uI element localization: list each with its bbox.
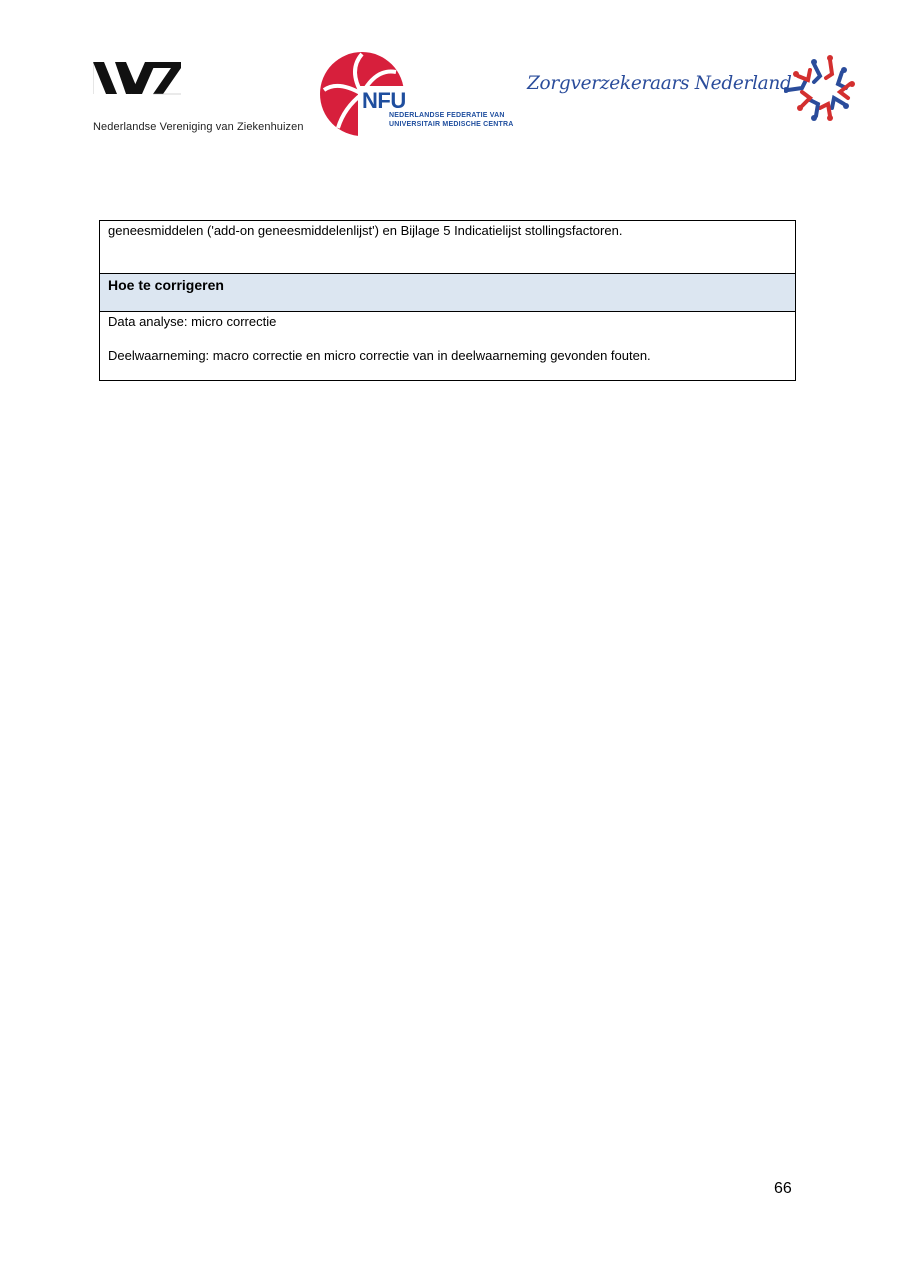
zn-wordmark: Zorgverzekeraars Nederland bbox=[527, 73, 792, 94]
nfu-logo: NFU NEDERLANDSE FEDERATIE VAN UNIVERSITA… bbox=[318, 50, 518, 140]
zn-logo: Zorgverzekeraars Nederland bbox=[527, 60, 877, 130]
nvz-logo-mark bbox=[93, 60, 185, 96]
nfu-tagline-line-2: UNIVERSITAIR MEDISCHE CENTRA bbox=[389, 120, 513, 129]
body-cell: Data analyse: micro correctie Deelwaarne… bbox=[100, 312, 796, 381]
nvz-tagline: Nederlandse Vereniging van Ziekenhuizen bbox=[93, 121, 304, 133]
page-number: 66 bbox=[774, 1180, 792, 1198]
nfu-tagline-line-1: NEDERLANDSE FEDERATIE VAN bbox=[389, 111, 513, 120]
section-heading: Hoe te corrigeren bbox=[100, 274, 796, 312]
table-row-body: Data analyse: micro correctie Deelwaarne… bbox=[100, 312, 796, 381]
table-row-continued: geneesmiddelen ('add-on geneesmiddelenli… bbox=[100, 221, 796, 274]
body-paragraph-deelwaarneming: Deelwaarneming: macro correctie en micro… bbox=[108, 348, 787, 364]
zn-running-figures-icon bbox=[784, 54, 864, 124]
correction-table: geneesmiddelen ('add-on geneesmiddelenli… bbox=[99, 220, 796, 381]
continued-text-cell: geneesmiddelen ('add-on geneesmiddelenli… bbox=[100, 221, 796, 274]
nfu-tagline: NEDERLANDSE FEDERATIE VAN UNIVERSITAIR M… bbox=[389, 111, 513, 129]
nvz-logo: Nederlandse Vereniging van Ziekenhuizen bbox=[93, 60, 313, 140]
table-row-section-heading: Hoe te corrigeren bbox=[100, 274, 796, 312]
body-paragraph-data-analyse: Data analyse: micro correctie bbox=[108, 314, 787, 330]
